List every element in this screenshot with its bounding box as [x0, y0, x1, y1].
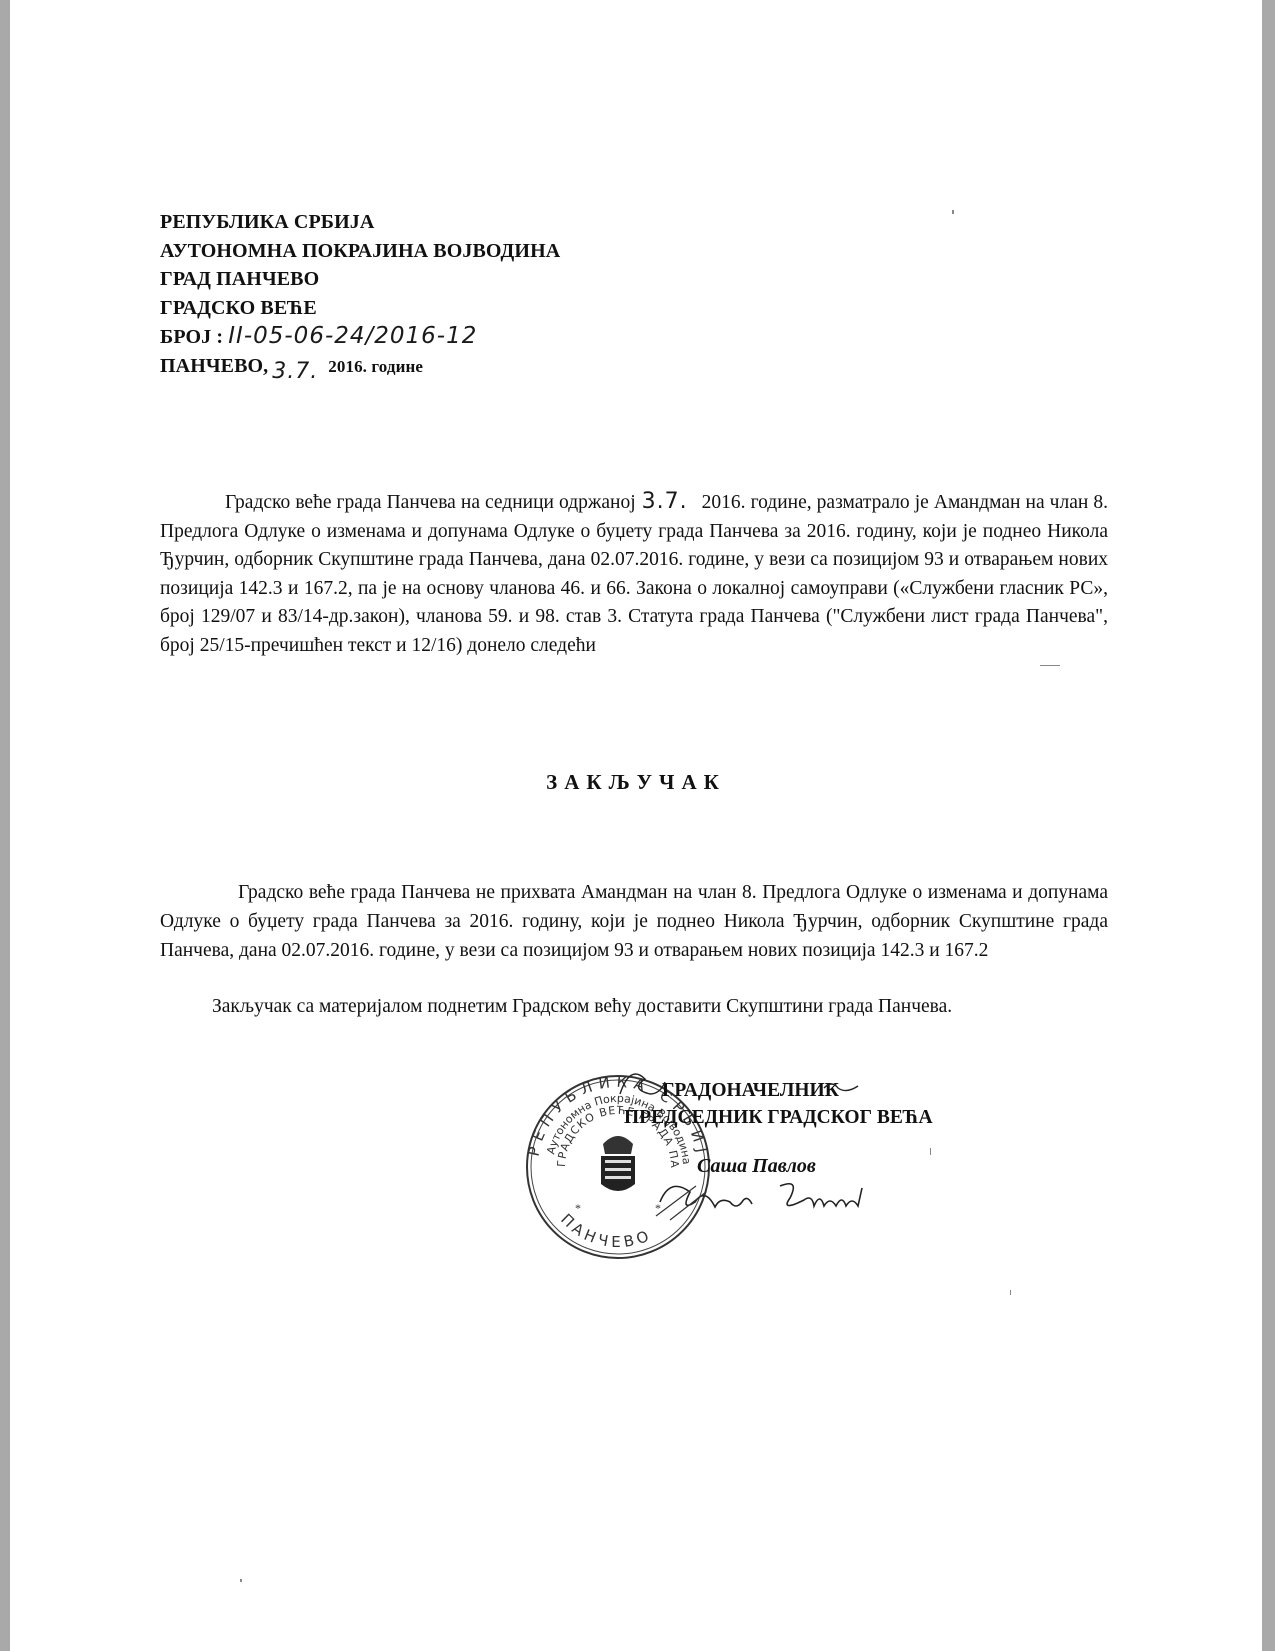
conclusion-paragraph: Градско веће града Панчева не прихвата А… — [160, 878, 1108, 965]
scan-artifact — [1040, 665, 1060, 666]
handwritten-signature — [650, 1172, 950, 1222]
intro-paragraph: Градско веће града Панчева на седници од… — [160, 488, 1108, 660]
scan-artifact — [1010, 1290, 1011, 1295]
scan-artifact — [952, 210, 954, 214]
signatory-title-mayor: ГРАДОНАЧЕЛНИК — [662, 1077, 933, 1104]
letterhead-line: АУТОНОМНА ПОКРАЈИНА ВОЈВОДИНА — [160, 237, 560, 266]
letterhead-line: ГРАДСКО ВЕЋЕ — [160, 294, 560, 323]
svg-text:*: * — [575, 1201, 581, 1215]
reference-number-label: БРОЈ — [160, 326, 211, 348]
coat-of-arms-icon — [601, 1136, 635, 1191]
delivery-note: Закључак са материјалом поднетим Градско… — [212, 996, 952, 1018]
year-text: 2016. године — [328, 357, 423, 376]
scan-artifact — [930, 1148, 931, 1155]
letterhead-line: РЕПУБЛИКА СРБИЈА — [160, 208, 560, 237]
signature-flourish — [610, 1064, 670, 1104]
document-page: РЕПУБЛИКА СРБИЈА АУТОНОМНА ПОКРАЈИНА ВОЈ… — [10, 0, 1262, 1651]
signatory-title-council-president: ПРЕДСЕДНИК ГРАДСКОГ ВЕЋА — [624, 1104, 933, 1131]
reference-number-handwritten: II-05-06-24/2016-12 — [228, 323, 477, 349]
letterhead-line: ГРАД ПАНЧЕВО — [160, 265, 560, 294]
scan-artifact — [240, 1579, 242, 1582]
place-label: ПАНЧЕВО, — [160, 355, 268, 377]
place-date: ПАНЧЕВО,3.7.2016. године — [160, 352, 560, 382]
date-handwritten: 3.7. — [272, 359, 318, 384]
session-date-handwritten: 3.7. — [642, 489, 688, 514]
signature-tail — [822, 1080, 862, 1094]
document-title: ЗАКЉУЧАК — [10, 770, 1262, 795]
letterhead: РЕПУБЛИКА СРБИЈА АУТОНОМНА ПОКРАЈИНА ВОЈ… — [160, 208, 560, 381]
reference-number: БРОЈ : II-05-06-24/2016-12 — [160, 322, 560, 352]
